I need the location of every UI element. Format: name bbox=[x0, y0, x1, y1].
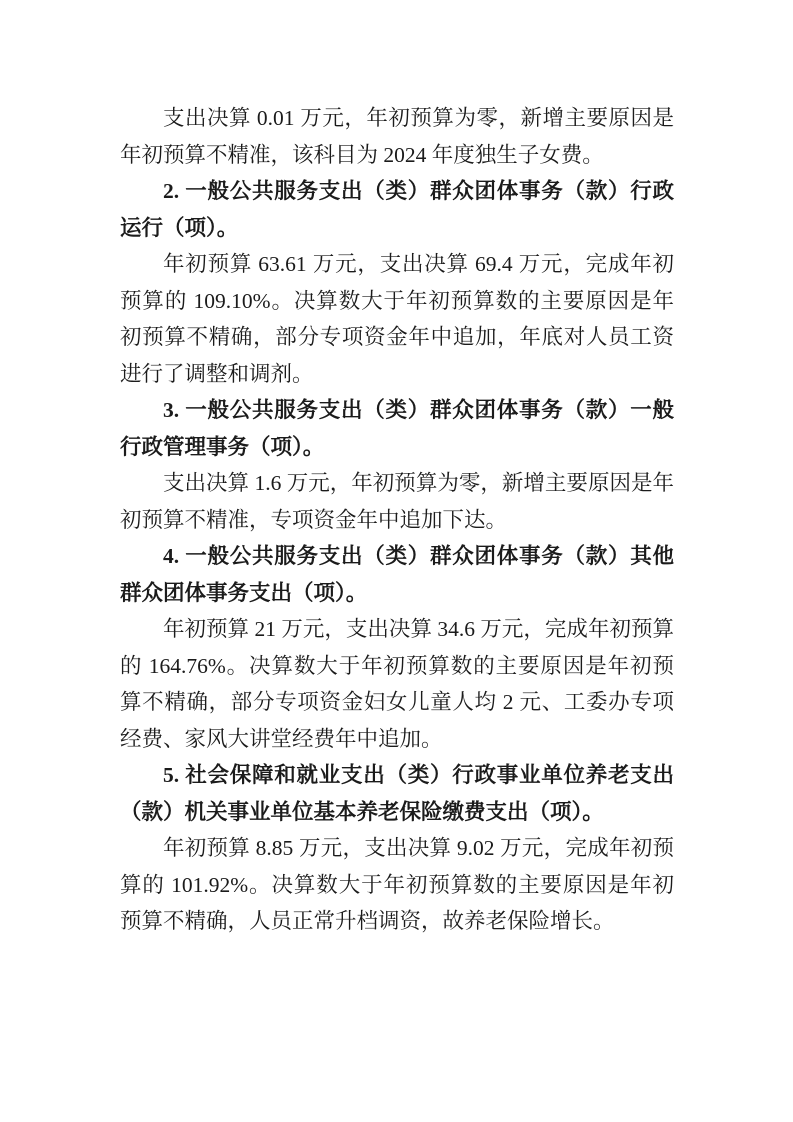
body-paragraph-2: 年初预算 63.61 万元，支出决算 69.4 万元，完成年初预算的 109.1… bbox=[120, 246, 674, 392]
body-paragraph-0: 支出决算 0.01 万元，年初预算为零，新增主要原因是年初预算不精准，该科目为 … bbox=[120, 100, 674, 173]
body-paragraph-6: 年初预算 21 万元，支出决算 34.6 万元，完成年初预算的 164.76%。… bbox=[120, 611, 674, 757]
section-heading-5: 4. 一般公共服务支出（类）群众团体事务（款）其他群众团体事务支出（项）。 bbox=[120, 538, 674, 611]
section-heading-3: 3. 一般公共服务支出（类）群众团体事务（款）一般行政管理事务（项）。 bbox=[120, 392, 674, 465]
body-paragraph-4: 支出决算 1.6 万元，年初预算为零，新增主要原因是年初预算不精准，专项资金年中… bbox=[120, 465, 674, 538]
body-paragraph-8: 年初预算 8.85 万元，支出决算 9.02 万元，完成年初预算的 101.92… bbox=[120, 830, 674, 940]
document-page: 支出决算 0.01 万元，年初预算为零，新增主要原因是年初预算不精准，该科目为 … bbox=[0, 0, 793, 1122]
section-heading-7: 5. 社会保障和就业支出（类）行政事业单位养老支出（款）机关事业单位基本养老保险… bbox=[120, 757, 674, 830]
document-body: 支出决算 0.01 万元，年初预算为零，新增主要原因是年初预算不精准，该科目为 … bbox=[120, 100, 674, 940]
section-heading-1: 2. 一般公共服务支出（类）群众团体事务（款）行政运行（项）。 bbox=[120, 173, 674, 246]
